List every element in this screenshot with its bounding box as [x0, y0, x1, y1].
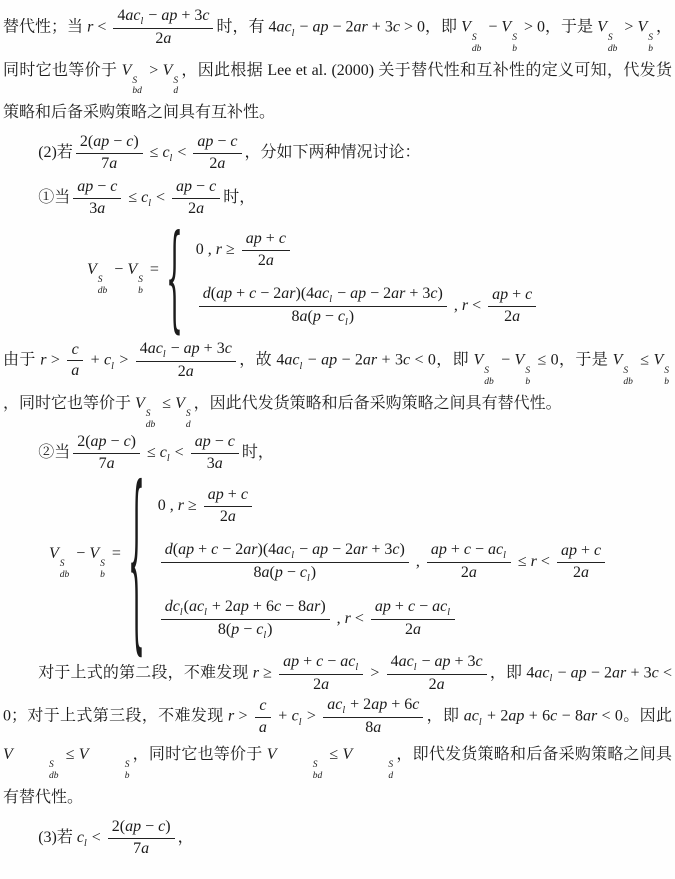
v-sup-sub: Sdb	[14, 761, 59, 782]
fraction: ap + c2a	[204, 485, 252, 528]
v-sup-sub: Sdb	[608, 34, 618, 55]
para-subcase1-analysis: 由于 r > ca + cl > 4acl − ap + 3c2a，故 4acl…	[3, 339, 672, 430]
fraction: ap + c2a	[242, 229, 290, 272]
v-sup-sub: Sd	[186, 410, 191, 431]
case-3-condition: (3)若 cl < 2(ap − c)7a，	[3, 817, 672, 860]
v-sup-sub: Sdb	[98, 276, 108, 297]
v-sup-sub: Sb	[525, 367, 530, 388]
v-sup-sub: Sb	[138, 276, 143, 297]
fraction: 4acl − ap + 3c2a	[113, 6, 213, 50]
v-sup-sub: Sdb	[472, 34, 482, 55]
equation-label: VSdb − VSb =	[87, 261, 159, 297]
fraction: ap + c − acl2a	[427, 540, 511, 584]
equation-vdb-minus-vb-two-cases: VSdb − VSb = {0 , r ≥ ap + c2ad(ap + c −…	[87, 229, 672, 329]
equation-case: d(ap + c − 2ar)(4acl − ap − 2ar + 3c)8a(…	[196, 284, 539, 329]
para-conclusion-complementarity: 替代性；当 r < 4acl − ap + 3c2a时，有 4acl − ap …	[3, 6, 672, 130]
subcase-2-condition: ②当2(ap − c)7a ≤ cl < ap − c3a时，	[3, 432, 672, 475]
fraction: 2(ap − c)7a	[76, 132, 143, 175]
fraction: ap − c3a	[191, 432, 239, 475]
equation-case: 0 , r ≥ ap + c2a	[196, 229, 539, 272]
fraction: ap + c − acl2a	[371, 597, 455, 641]
fraction: ca	[255, 696, 271, 739]
fraction: acl + 2ap + 6c8a	[323, 695, 423, 739]
equation-case: dcl(acl + 2ap + 6c − 8ar)8(p − cl) , r <…	[158, 597, 608, 642]
equation-cases: 0 , r ≥ ap + c2ad(ap + c − 2ar)(4acl − a…	[196, 229, 539, 329]
left-brace-icon: {	[166, 214, 183, 345]
fraction: 4acl − ap + 3c2a	[136, 339, 236, 383]
equation-vdb-minus-vb-three-cases: VSdb − VSb = {0 , r ≥ ap + c2ad(ap + c −…	[49, 485, 672, 642]
v-sup-sub: Sb	[648, 34, 653, 55]
document-page: 替代性；当 r < 4acl − ap + 3c2a时，有 4acl − ap …	[0, 0, 675, 879]
v-sup-sub: Sb	[100, 560, 105, 581]
v-sup-sub: Sdb	[484, 367, 494, 388]
equation-case: 0 , r ≥ ap + c2a	[158, 485, 608, 528]
case-2-condition: (2)若2(ap − c)7a ≤ cl < ap − c2a，分如下两种情况讨…	[3, 132, 672, 175]
fraction: d(ap + c − 2ar)(4acl − ap − 2ar + 3c)8a(…	[161, 540, 409, 585]
v-sup-sub: Sd	[173, 77, 178, 98]
v-sup-sub: Sbd	[132, 77, 142, 98]
v-sup-sub: Sbd	[278, 761, 323, 782]
fraction: d(ap + c − 2ar)(4acl − ap − 2ar + 3c)8a(…	[199, 284, 447, 329]
fraction: 4acl − ap + 3c2a	[387, 652, 487, 696]
left-brace-icon: {	[128, 453, 145, 674]
fraction: ap + c2a	[557, 541, 605, 584]
equation-case: d(ap + c − 2ar)(4acl − ap − 2ar + 3c)8a(…	[158, 540, 608, 585]
content-blocks: 替代性；当 r < 4acl − ap + 3c2a时，有 4acl − ap …	[3, 6, 672, 860]
v-sup-sub: Sb	[512, 34, 517, 55]
fraction: 2(ap − c)7a	[108, 817, 175, 860]
fraction: ap − c2a	[193, 132, 241, 175]
v-sup-sub: Sb	[664, 367, 669, 388]
fraction: ap + c2a	[488, 285, 536, 328]
fraction: ap − c3a	[73, 177, 121, 220]
subcase-1-condition: ①当ap − c3a ≤ cl < ap − c2a时，	[3, 177, 672, 220]
v-sup-sub: Sd	[353, 761, 393, 782]
v-sup-sub: Sdb	[146, 410, 156, 431]
para-subcase2-analysis: 对于上式的第二段，不难发现 r ≥ ap + c − acl2a > 4acl …	[3, 652, 672, 815]
equation-cases: 0 , r ≥ ap + c2ad(ap + c − 2ar)(4acl − a…	[158, 485, 608, 642]
fraction: ca	[67, 340, 83, 383]
v-sup-sub: Sdb	[623, 367, 633, 388]
fraction: dcl(acl + 2ap + 6c − 8ar)8(p − cl)	[161, 597, 330, 642]
fraction: ap + c − acl2a	[279, 652, 363, 696]
equation-label: VSdb − VSb =	[49, 545, 121, 581]
v-sup-sub: Sb	[90, 761, 130, 782]
v-sup-sub: Sdb	[60, 560, 70, 581]
